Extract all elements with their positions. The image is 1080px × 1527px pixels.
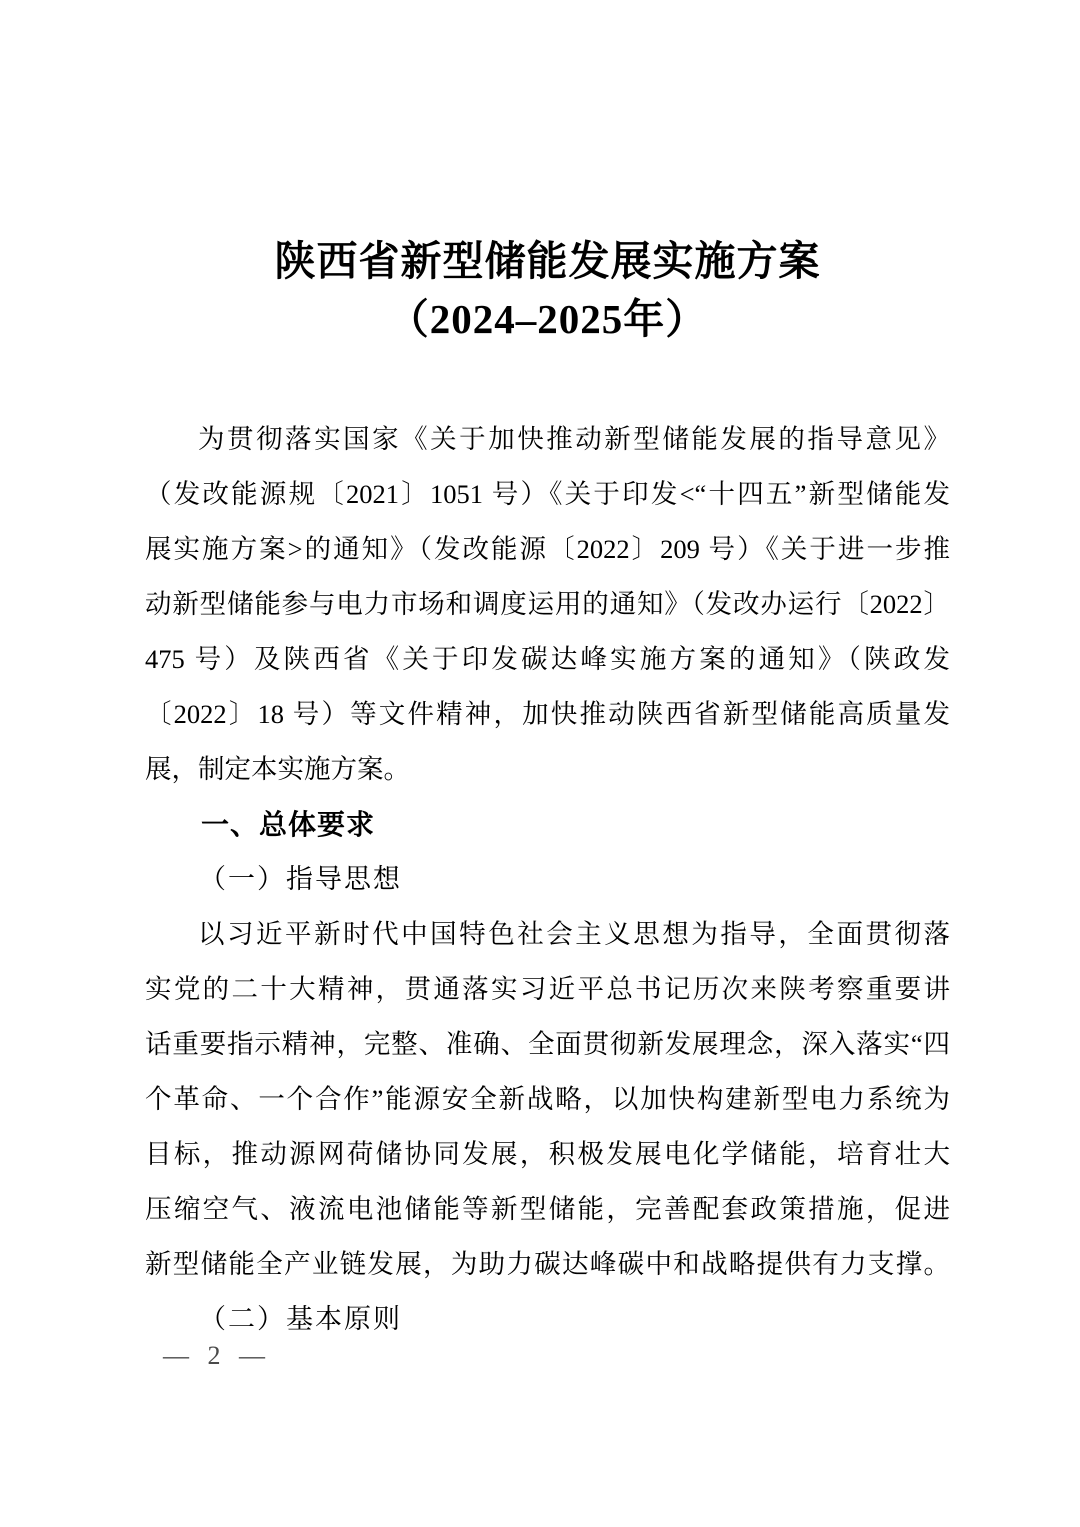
- document-page: 陕西省新型储能发展实施方案 （2024–2025年） 为贯彻落实国家《关于加快推…: [0, 0, 1080, 1527]
- paragraph-line: 动新型储能参与电力市场和调度运用的通知》（发改办运行〔2022〕: [145, 577, 950, 632]
- paragraph-line: 〔2022〕18 号）等文件精神，加快推动陕西省新型储能高质量发: [145, 687, 950, 742]
- paragraph-guiding-ideology: 以习近平新时代中国特色社会主义思想为指导，全面贯彻落 实党的二十大精神，贯通落实…: [145, 907, 950, 1292]
- document-body: 为贯彻落实国家《关于加快推动新型储能发展的指导意见》 （发改能源规〔2021〕1…: [145, 412, 950, 1347]
- section-heading-overall-requirements: 一、总体要求: [145, 797, 950, 852]
- paragraph-line: 新型储能全产业链发展，为助力碳达峰碳中和战略提供有力支撑。: [145, 1237, 950, 1292]
- paragraph-line: 以习近平新时代中国特色社会主义思想为指导，全面贯彻落: [145, 907, 950, 962]
- paragraph-line: 475 号）及陕西省《关于印发碳达峰实施方案的通知》（陕政发: [145, 632, 950, 687]
- page-number: — 2 —: [163, 1340, 271, 1372]
- document-content: 陕西省新型储能发展实施方案 （2024–2025年） 为贯彻落实国家《关于加快推…: [145, 0, 950, 1347]
- paragraph-line: 展，制定本实施方案。: [145, 742, 950, 797]
- paragraph-line: 目标，推动源网荷储协同发展，积极发展电化学储能，培育壮大: [145, 1127, 950, 1182]
- document-title: 陕西省新型储能发展实施方案: [145, 232, 950, 290]
- paragraph-line: 个革命、一个合作”能源安全新战略，以加快构建新型电力系统为: [145, 1072, 950, 1127]
- document-subtitle: （2024–2025年）: [145, 290, 950, 348]
- subsection-heading-guiding-ideology: （一）指导思想: [145, 852, 950, 907]
- paragraph-line: 展实施方案>的通知》（发改能源〔2022〕209 号）《关于进一步推: [145, 522, 950, 577]
- paragraph-line: （发改能源规〔2021〕1051 号）《关于印发<“十四五”新型储能发: [145, 467, 950, 522]
- paragraph-line: 压缩空气、液流电池储能等新型储能，完善配套政策措施，促进: [145, 1182, 950, 1237]
- subsection-heading-basic-principles: （二）基本原则: [145, 1292, 950, 1347]
- paragraph-intro: 为贯彻落实国家《关于加快推动新型储能发展的指导意见》 （发改能源规〔2021〕1…: [145, 412, 950, 797]
- paragraph-line: 为贯彻落实国家《关于加快推动新型储能发展的指导意见》: [145, 412, 950, 467]
- paragraph-line: 话重要指示精神，完整、准确、全面贯彻新发展理念，深入落实“四: [145, 1017, 950, 1072]
- document-title-block: 陕西省新型储能发展实施方案 （2024–2025年）: [145, 232, 950, 348]
- paragraph-line: 实党的二十大精神，贯通落实习近平总书记历次来陕考察重要讲: [145, 962, 950, 1017]
